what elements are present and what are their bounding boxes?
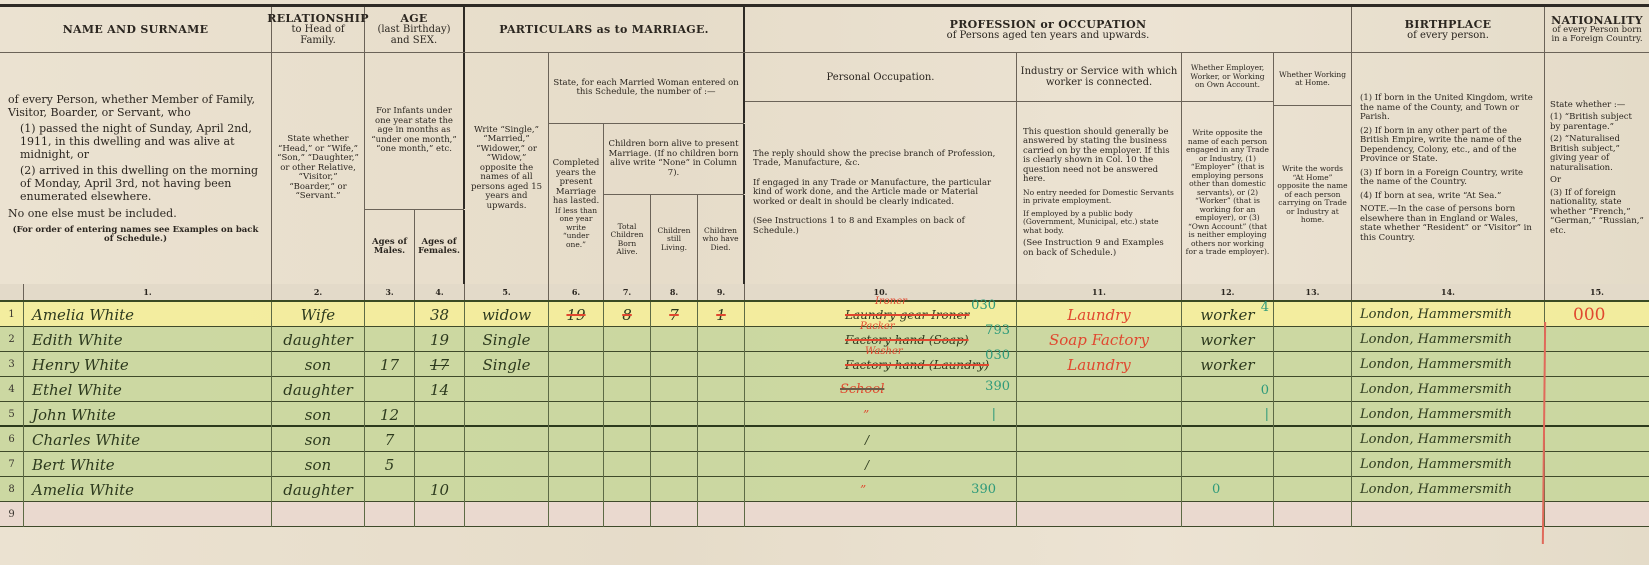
children-died-text: Children who have Died. [701, 227, 740, 253]
col11-title: Industry or Service with which worker is… [1017, 53, 1182, 101]
working-at-home [1274, 352, 1352, 377]
birthplace: London, Hammersmith [1352, 402, 1545, 427]
colnum-5: 5. [465, 284, 549, 300]
marital-status [465, 502, 549, 527]
row-number: 5 [0, 402, 24, 427]
birthplace-note: NOTE.—In the case of persons born elsewh… [1360, 205, 1536, 243]
name-instruction-order: (For order of entering names see Example… [8, 226, 263, 245]
industry: Soap Factory [1017, 327, 1182, 352]
relationship: daughter [272, 477, 365, 502]
nationality-instruction-2: (2) “Naturalised British subject,” givin… [1550, 135, 1644, 173]
total-children-text: Total Children Born Alive. [607, 223, 647, 257]
header-birthplace-title: BIRTHPLACE [1405, 19, 1492, 30]
instructions-condition: Write “Single,” “Married,” “Widower,” or… [465, 53, 549, 284]
table-row: 7 Bert White son 5 / London, Hammersmith [0, 452, 1649, 477]
occupation-annotation: Packer [860, 321, 895, 332]
birthplace-instructions: (1) If born in the United Kingdom, write… [1352, 53, 1545, 284]
married-woman-instruction: State, for each Married Woman entered on… [552, 79, 740, 98]
col10-title: Personal Occupation. [745, 53, 1017, 101]
employment-code: | [1265, 407, 1269, 422]
col10-instruction-1: The reply should show the precise branch… [753, 150, 1008, 169]
age-female [415, 402, 465, 427]
employment-code: 0 [1261, 383, 1269, 398]
header-age-subtitle: (last Birthday) and SEX. [368, 24, 460, 46]
occupation-cell: / [745, 452, 1017, 477]
relationship [272, 502, 365, 527]
industry [1017, 427, 1182, 452]
occupation: / [865, 458, 869, 472]
children-born [604, 377, 651, 402]
colnum-1: 1. [24, 284, 272, 300]
employment-cell: | [1182, 402, 1274, 427]
marital-status [465, 377, 549, 402]
occupation-cell: ” | [745, 402, 1017, 427]
col10-instruction-3: (See Instructions 1 to 8 and Examples on… [753, 217, 1008, 236]
industry [1017, 377, 1182, 402]
children-living [651, 502, 698, 527]
children-born [604, 477, 651, 502]
person-name: Edith White [24, 327, 272, 352]
header-relationship-subtitle: to Head of Family. [275, 24, 361, 46]
employment-code: 0 [1212, 482, 1220, 497]
person-name: Amelia White [24, 302, 272, 327]
employment [1182, 502, 1274, 527]
children-living-text: Children still Living. [654, 227, 694, 253]
birthplace: London, Hammersmith [1352, 477, 1545, 502]
occupation-cell: ” 390 [745, 477, 1017, 502]
birthplace-instruction-1: (1) If born in the United Kingdom, write… [1360, 94, 1536, 123]
occupation: ” [860, 483, 866, 497]
occupation-cell [745, 502, 1017, 527]
table-row: 8 Amelia White daughter 10 ” 390 0 Londo… [0, 477, 1649, 502]
children-died [698, 502, 745, 527]
occupation: School [840, 382, 884, 397]
children-born [604, 502, 651, 527]
col11-instruction-3: If employed by a public body (Government… [1023, 210, 1175, 236]
working-at-home [1274, 377, 1352, 402]
header-marriage-title: PARTICULARS as to MARRIAGE. [499, 24, 709, 35]
age-male [365, 502, 415, 527]
employment-cell: worker [1182, 327, 1274, 352]
children-living [651, 377, 698, 402]
name-instruction-1: (1) passed the night of Sunday, April 2n… [8, 122, 263, 161]
employment-cell: 0 [1182, 377, 1274, 402]
years-married [549, 327, 604, 352]
children-living [651, 327, 698, 352]
marital-status [465, 427, 549, 452]
occupation-code: 030 [971, 298, 996, 313]
header-birthplace: BIRTHPLACE of every person. [1352, 7, 1545, 52]
industry: Laundry [1017, 302, 1182, 327]
col11-title-text: Industry or Service with which worker is… [1020, 66, 1178, 88]
working-at-home [1274, 452, 1352, 477]
children-born [604, 427, 651, 452]
colnum-8: 8. [651, 284, 698, 300]
children-born [604, 452, 651, 477]
industry: Laundry [1017, 352, 1182, 377]
row-number: 2 [0, 327, 24, 352]
table-row: 2 Edith White daughter 19 Single Factory… [0, 327, 1649, 352]
birthplace: London, Hammersmith [1352, 427, 1545, 452]
years-married [549, 352, 604, 377]
instructions-children-died: Children who have Died. [698, 195, 745, 284]
industry [1017, 477, 1182, 502]
relationship: son [272, 427, 365, 452]
years-married-note: If less than one year write “under one.” [552, 207, 600, 250]
col12-instructions: Write opposite the name of each person e… [1182, 102, 1274, 284]
children-living [651, 402, 698, 427]
row-number: 8 [0, 477, 24, 502]
col12-instruction: Write opposite the name of each person e… [1185, 129, 1270, 257]
nationality: 000 [1545, 302, 1649, 327]
nationality [1545, 452, 1649, 477]
header-nationality-subtitle: of every Person born in a Foreign Countr… [1548, 26, 1646, 45]
marital-status [465, 452, 549, 477]
header-name-title: NAME AND SURNAME [63, 24, 209, 35]
col11-instruction-1: This question should generally be answer… [1023, 128, 1175, 185]
ages-males-text: Ages of Males. [368, 238, 411, 257]
employment [1182, 427, 1274, 452]
industry [1017, 402, 1182, 427]
birthplace: London, Hammersmith [1352, 377, 1545, 402]
header-nationality: NATIONALITY of every Person born in a Fo… [1545, 7, 1649, 52]
colnum-7: 7. [604, 284, 651, 300]
age-female: 38 [415, 302, 465, 327]
employment: worker [1200, 356, 1254, 374]
colnum-15: 15. [1545, 284, 1649, 300]
header-birthplace-subtitle: of every person. [1407, 30, 1489, 41]
occupation: ” [863, 408, 869, 422]
col13-instruction: Write the words “At Home” opposite the n… [1277, 165, 1348, 225]
marital-status: Single [465, 327, 549, 352]
nationality [1545, 352, 1649, 377]
employment-code: 4 [1261, 300, 1269, 315]
children-living: 7 [651, 302, 698, 327]
colnum-4: 4. [415, 284, 465, 300]
industry [1017, 502, 1182, 527]
header-relationship: RELATIONSHIP to Head of Family. [272, 7, 365, 52]
children-died: 1 [698, 302, 745, 327]
employment: worker [1200, 331, 1254, 349]
occupation: Factory hand (Laundry) [845, 358, 989, 372]
age-female [415, 502, 465, 527]
row-number: 3 [0, 352, 24, 377]
nationality [1545, 477, 1649, 502]
colnum-6: 6. [549, 284, 604, 300]
person-name: Amelia White [24, 477, 272, 502]
colnum-14: 14. [1352, 284, 1545, 300]
colnum-11: 11. [1017, 284, 1182, 300]
occupation: Factory hand (Soap) [845, 333, 969, 347]
name-instruction-2: (2) arrived in this dwelling on the morn… [8, 164, 263, 203]
employment-cell: worker 4 [1182, 302, 1274, 327]
col11-instructions: This question should generally be answer… [1017, 102, 1182, 284]
age-male [365, 477, 415, 502]
birthplace-instruction-4: (4) If born at sea, write “At Sea.” [1360, 192, 1501, 202]
working-at-home [1274, 402, 1352, 427]
working-at-home [1274, 327, 1352, 352]
age-male: 17 [365, 352, 415, 377]
instructions-name: of every Person, whether Member of Famil… [0, 53, 272, 284]
age-female: 19 [415, 327, 465, 352]
children-living [651, 452, 698, 477]
employment: worker [1200, 306, 1254, 324]
age-female: 14 [415, 377, 465, 402]
age-male [365, 327, 415, 352]
instructions-total-children: Total Children Born Alive. [604, 195, 651, 284]
age-female [415, 427, 465, 452]
years-married [549, 452, 604, 477]
col12-title: Whether Employer, Worker, or Working on … [1182, 53, 1274, 101]
colnum-index [0, 284, 24, 300]
age-female: 10 [415, 477, 465, 502]
instructions-years-married: Completed years the present Marriage has… [549, 124, 604, 284]
occupation-cell: Factory hand (Laundry) Washer 030 [745, 352, 1017, 377]
marital-status: widow [465, 302, 549, 327]
years-married-text: Completed years the present Marriage has… [552, 159, 600, 207]
nationality-instruction-3: (3) If of foreign nationality, state whe… [1550, 189, 1644, 237]
col13-title-text: Whether Working at Home. [1277, 71, 1348, 88]
nationality [1545, 502, 1649, 527]
table-row: 4 Ethel White daughter 14 School 390 0 L… [0, 377, 1649, 402]
person-name: Bert White [24, 452, 272, 477]
children-died [698, 327, 745, 352]
birthplace-instruction-2: (2) If born in any other part of the Bri… [1360, 127, 1536, 165]
col12-title-text: Whether Employer, Worker, or Working on … [1185, 64, 1270, 90]
condition-instruction: Write “Single,” “Married,” “Widower,” or… [468, 126, 545, 212]
working-at-home [1274, 502, 1352, 527]
employment-cell: 0 [1182, 477, 1274, 502]
colnum-3: 3. [365, 284, 415, 300]
children-born: 8 [604, 302, 651, 327]
census-schedule: NAME AND SURNAME RELATIONSHIP to Head of… [0, 0, 1649, 565]
header-relationship-title: RELATIONSHIP [267, 13, 369, 24]
years-married [549, 477, 604, 502]
header-age: AGE (last Birthday) and SEX. [365, 7, 465, 52]
children-died [698, 352, 745, 377]
nationality [1545, 327, 1649, 352]
marital-status: Single [465, 352, 549, 377]
years-married [549, 502, 604, 527]
instructions-children-born: Children born alive to present Marriage.… [604, 124, 745, 194]
occupation-code: 793 [985, 323, 1010, 338]
working-at-home [1274, 302, 1352, 327]
years-married [549, 402, 604, 427]
person-name: Ethel White [24, 377, 272, 402]
row-number: 7 [0, 452, 24, 477]
marital-status [465, 402, 549, 427]
instructions-married-woman: State, for each Married Woman entered on… [549, 53, 745, 123]
occupation-code: 390 [971, 482, 996, 497]
relationship: son [272, 402, 365, 427]
col11-instruction-2: No entry needed for Domestic Servants in… [1023, 189, 1175, 206]
nationality-instruction-intro: State whether :— [1550, 101, 1625, 111]
header-profession-title: PROFESSION or OCCUPATION [950, 19, 1147, 30]
birthplace: London, Hammersmith [1352, 452, 1545, 477]
header-name: NAME AND SURNAME [0, 7, 272, 52]
row-number: 6 [0, 427, 24, 452]
occupation-cell: School 390 [745, 377, 1017, 402]
instructions-children-living: Children still Living. [651, 195, 698, 284]
header-nationality-title: NATIONALITY [1551, 15, 1643, 26]
occupation-cell: / [745, 427, 1017, 452]
col10-title-text: Personal Occupation. [827, 72, 935, 83]
table-row: 1 Amelia White Wife 38 widow 19 8 7 1 La… [0, 302, 1649, 327]
children-died [698, 452, 745, 477]
person-name: Henry White [24, 352, 272, 377]
age-male [365, 302, 415, 327]
children-born [604, 352, 651, 377]
relationship: daughter [272, 377, 365, 402]
employment [1182, 452, 1274, 477]
nationality [1545, 427, 1649, 452]
years-married [549, 427, 604, 452]
years-married [549, 377, 604, 402]
occupation-annotation: Ironer [875, 296, 907, 307]
relationship: Wife [272, 302, 365, 327]
age-female: 17 [415, 352, 465, 377]
children-living [651, 352, 698, 377]
name-instruction-exclusion: No one else must be included. [8, 207, 177, 220]
relationship: son [272, 452, 365, 477]
occupation-code: | [992, 407, 996, 422]
person-name: John White [24, 402, 272, 427]
birthplace: London, Hammersmith [1352, 302, 1545, 327]
row-number: 9 [0, 502, 24, 527]
children-living [651, 477, 698, 502]
children-died [698, 377, 745, 402]
relationship: daughter [272, 327, 365, 352]
birthplace: London, Hammersmith [1352, 352, 1545, 377]
industry [1017, 452, 1182, 477]
col10-instruction-2: If engaged in any Trade or Manufacture, … [753, 179, 1008, 208]
children-died [698, 402, 745, 427]
employment-cell: worker [1182, 352, 1274, 377]
occupation: / [865, 433, 869, 447]
ages-males-label: Ages of Males. [365, 210, 415, 284]
nationality [1545, 377, 1649, 402]
table-row: 3 Henry White son 17 17 Single Factory h… [0, 352, 1649, 377]
age-male: 7 [365, 427, 415, 452]
age-male [365, 377, 415, 402]
children-died [698, 477, 745, 502]
working-at-home [1274, 427, 1352, 452]
header-age-title: AGE [400, 13, 427, 24]
children-born [604, 327, 651, 352]
colnum-12: 12. [1182, 284, 1274, 300]
birthplace [1352, 502, 1545, 527]
children-born [604, 402, 651, 427]
nationality [1545, 402, 1649, 427]
years-married: 19 [549, 302, 604, 327]
birthplace: London, Hammersmith [1352, 327, 1545, 352]
col10-instructions: The reply should show the precise branch… [745, 102, 1017, 284]
children-born-text: Children born alive to present Marriage.… [607, 140, 740, 178]
nationality-instruction-1: (1) “British subject by parentage.” [1550, 113, 1644, 132]
table-row: 5 John White son 12 ” | | London, Hammer… [0, 402, 1649, 427]
col13-title: Whether Working at Home. [1274, 53, 1352, 105]
colnum-2: 2. [272, 284, 365, 300]
table-row: 6 Charles White son 7 / London, Hammersm… [0, 427, 1649, 452]
age-instruction: For Infants under one year state the age… [368, 107, 460, 155]
age-male: 5 [365, 452, 415, 477]
ages-females-label: Ages of Females. [415, 210, 465, 284]
person-name: Charles White [24, 427, 272, 452]
nationality-instructions: State whether :— (1) “British subject by… [1545, 53, 1649, 284]
table-row: 9 [0, 502, 1649, 527]
children-died [698, 427, 745, 452]
row-number: 1 [0, 302, 24, 327]
age-female [415, 452, 465, 477]
col11-instruction-4: (See Instruction 9 and Examples on back … [1023, 239, 1175, 258]
nationality-or: Or [1550, 176, 1561, 186]
header-profession-subtitle: of Persons aged ten years and upwards. [947, 30, 1150, 41]
col13-instructions: Write the words “At Home” opposite the n… [1274, 106, 1352, 284]
column-number-row: 1. 2. 3. 4. 5. 6. 7. 8. 9. 10. 11. 12. 1… [0, 284, 1649, 302]
occupation: Laundry gear Ironer [845, 308, 969, 322]
relationship: son [272, 352, 365, 377]
instructions-age: For Infants under one year state the age… [365, 53, 465, 209]
occupation-code: 030 [985, 348, 1010, 363]
birthplace-instruction-3: (3) If born in a Foreign Country, write … [1360, 169, 1536, 188]
marital-status [465, 477, 549, 502]
instructions-relationship: State whether “Head,” or “Wife,” “Son,” … [272, 53, 365, 284]
ages-females-text: Ages of Females. [418, 238, 460, 257]
person-name [24, 502, 272, 527]
working-at-home [1274, 477, 1352, 502]
occupation-code: 390 [985, 379, 1010, 394]
row-number: 4 [0, 377, 24, 402]
header-marriage: PARTICULARS as to MARRIAGE. [465, 7, 745, 52]
occupation-annotation: Washer [865, 346, 903, 357]
colnum-9: 9. [698, 284, 745, 300]
age-male: 12 [365, 402, 415, 427]
children-living [651, 427, 698, 452]
colnum-13: 13. [1274, 284, 1352, 300]
name-instruction-intro: of every Person, whether Member of Famil… [8, 93, 263, 119]
header-profession: PROFESSION or OCCUPATION of Persons aged… [745, 7, 1352, 52]
relationship-instruction: State whether “Head,” or “Wife,” “Son,” … [275, 135, 361, 202]
